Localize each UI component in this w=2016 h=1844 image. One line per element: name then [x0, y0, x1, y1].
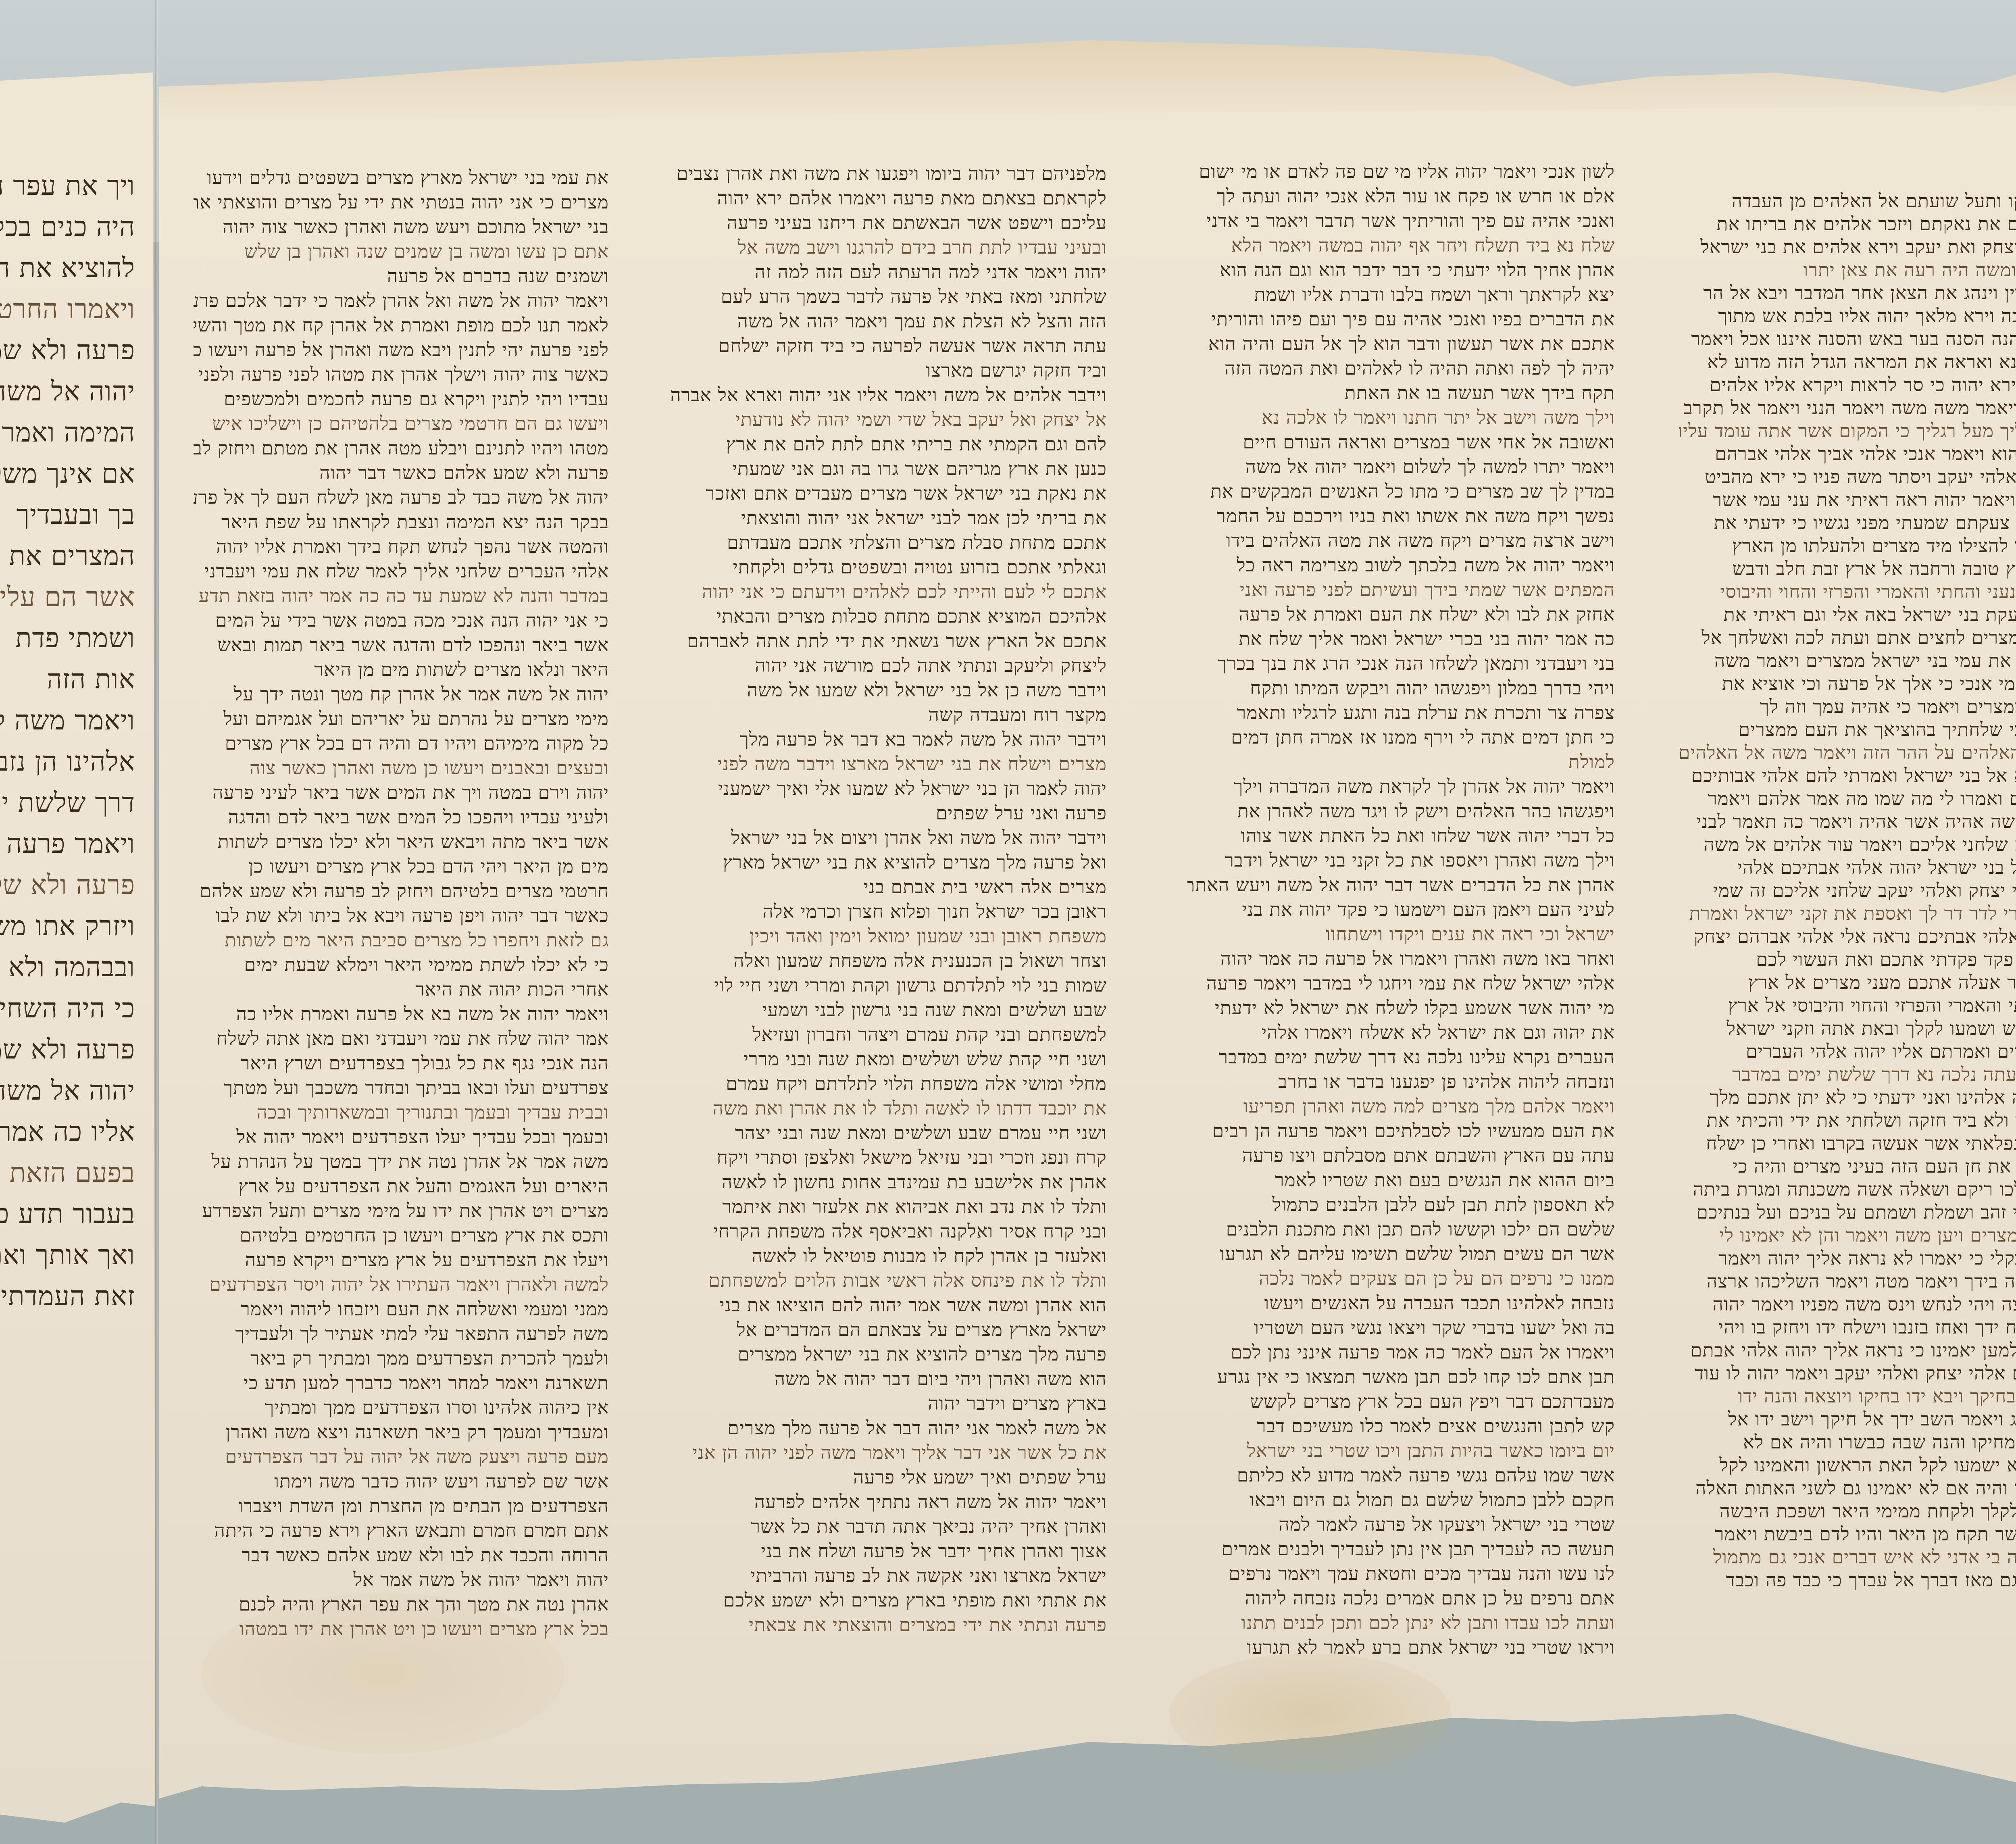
- scroll-text-line: שלשם הם ילכו וקששו להם תבן ואת מתכנת הלב…: [1187, 1217, 1615, 1242]
- scroll-text-line: אל משה שלח ידך ואחז בזנבו וישלח ידו ויחז…: [1679, 1316, 2016, 1339]
- text-column-2: את עמי בני ישראל מארץ מצרים בשפטים גדלים…: [194, 165, 609, 1641]
- scroll-text-line: משפחת ראובן ובני שמעון ימואל וימין ואהד …: [671, 924, 1107, 948]
- scroll-text-line: זבת חלב ודבש ושמעו לקלך ובאת אתה וזקני י…: [1679, 1017, 2016, 1040]
- scroll-text-line: כאשר צוה יהוה וישלך אהרן את מטהו לפני פר…: [194, 362, 609, 387]
- scroll-text-line: היאר ונלאו מצרים לשתות מים מן היאר: [194, 657, 609, 682]
- scroll-text-line: אשר שם לפרעה ויעש יהוה כדבר משה וימתו: [194, 1469, 609, 1494]
- scroll-text-line: פרעה ולא שמע אלהם כאשר דבר יהוה: [194, 460, 609, 485]
- scroll-text-line: מימי מצרים על נהרתם על יאריהם ועל אגמיהם…: [194, 706, 609, 731]
- text-column-4: לשון אנכי ויאמר יהוה אליו מי שם פה לאדם …: [1187, 159, 1615, 1660]
- scroll-text-line: וביד חזקה יגרשם מארצו: [671, 358, 1107, 383]
- scroll-text-line: מכאביו וארד להצילו מיד מצרים ולהעלתו מן …: [1679, 534, 2016, 557]
- scroll-text-line: במדבר והנה לא שמעת עד כה כה אמר יהוה בזא…: [194, 583, 609, 608]
- scroll-text-line: מתוך הסנה ויאמר משה משה ויאמר הנני ויאמר…: [1679, 396, 2016, 419]
- scroll-text-line: שלח נא ביד תשלח ויחר אף יהוה במשה ויאמר …: [1187, 233, 1615, 258]
- scroll-text-line: אל משה לאמר אני יהוה דבר אל פרעה מלך מצר…: [671, 1416, 1107, 1440]
- scroll-text-line: תלכון לא תלכו ריקם ושאלה אשה משכנתה ומגר…: [1679, 1178, 2016, 1201]
- scroll-text-line: יום ביומו כאשר בהיות התבן ויכו שטרי בני …: [1187, 1438, 1615, 1463]
- scroll-text-line: וצחר ושאול בן הכנענית אלה משפחת שמעון וא…: [671, 948, 1107, 973]
- scroll-text-line: אשר ביאר מתה ויבאש היאר ולא יכלו מצרים ל…: [194, 829, 609, 854]
- scroll-text-line: ועתה הנה צעקת בני ישראל באה אלי וגם ראית…: [1679, 603, 2016, 626]
- scroll-text-line: יהוה אל משה אמר אל אהרן קח מטך ונטה ידך …: [194, 682, 609, 706]
- scroll-text-line: ומעבדיך ומעמך רק ביאר תשארנה ויצא משה וא…: [194, 1420, 609, 1444]
- scroll-text-line: להם וגם הקמתי את בריתי אתם לתת להם את אר…: [671, 432, 1107, 456]
- scroll-text-line: למשפחתם ובני קהת עמרם ויצהר וחברון ועזיא…: [671, 1022, 1107, 1047]
- scroll-text-line: אהרן נטה את מטך והך את עפר הארץ והיה לכנ…: [194, 1592, 609, 1617]
- scroll-text-line: עתה תראה אשר אעשה לפרעה כי ביד חזקה ישלח…: [671, 333, 1107, 358]
- scroll-text-line: הכנעני והחתי והאמרי והפרזי והחוי והיבוסי…: [1679, 994, 2016, 1017]
- scroll-text-line: אליו כה אמר יה: [0, 1111, 135, 1152]
- scroll-text-line: אתכם אל הארץ אשר נשאתי את ידי לתת אתה לא…: [671, 629, 1107, 653]
- scroll-text-line: הרוחה והכבד את לבו ולא שמע אלהם כאשר דבר: [194, 1543, 609, 1567]
- scroll-text-line: קרח ונפג וזכרי ובני עזיאל מישאל ואלצפן ו…: [671, 1145, 1107, 1170]
- scroll-text-line: מצרים וישלח את בני ישראל מארצו וידבר משה…: [671, 752, 1107, 776]
- scroll-text-line: אל האלהים ויאמר יהוה ראה ראיתי את עני עמ…: [1679, 488, 2016, 511]
- scroll-text-line: שבע ושלשים ומאת שנה בני גרשון לבני ושמעי: [671, 998, 1107, 1022]
- scroll-text-line: ויעקב לאמר פקד פקדתי אתכם ואת העשוי לכם: [1679, 948, 2016, 971]
- scroll-text-line: צפרה צר ותכרת את ערלת בנה ותגע לרגליו ות…: [1187, 700, 1615, 725]
- scroll-text-line: נזבחה לאלהינו תכבד העבדה על האנשים ויעשו: [1187, 1291, 1615, 1315]
- scroll-text-line: תשארנה ויאמר למחר ויאמר כדברך למען תדע כ…: [194, 1371, 609, 1395]
- scroll-text-line: ונצלתם את מצרים ויען משה ויאמר והן לא יא…: [1679, 1224, 2016, 1247]
- scroll-text-line: יצא לקראתך וראך ושמח בלבו ודברת אליו ושמ…: [1187, 282, 1615, 307]
- scroll-text-line: ראובן בכר ישראל חנוך ופלוא חצרן וכרמי אל…: [671, 899, 1107, 924]
- scroll-text-line: אהרן אחיך הלוי ידעתי כי דבר ידבר הוא וגם…: [1187, 258, 1615, 282]
- scroll-text-line: אדמת קדש הוא ויאמר אנכי אלהי אביך אלהי א…: [1679, 442, 2016, 465]
- scroll-text-line: ויאמר יהוה אל משה בלכתך לשוב מצרימה ראה …: [1187, 553, 1615, 577]
- scroll-text-line: בארץ מצרים וידבר יהוה: [671, 1391, 1107, 1416]
- scroll-text-line: אתכם לי לעם והייתי לכם לאלהים וידעתם כי …: [671, 579, 1107, 604]
- scroll-text-line: ליצחק וליעקב ונתתי אתה לכם מורשה אני יהו…: [671, 653, 1107, 678]
- scroll-text-line: אלהם יהוה אלהי אבתיכם נראה אלי אלהי אברה…: [1679, 925, 2016, 948]
- scroll-text-line: וגאלתי אתכם בזרוע נטויה ובשפטים גדלים ול…: [671, 555, 1107, 579]
- scroll-text-line: אלהים אל משה אהיה אשר אהיה ויאמר כה תאמר…: [1679, 810, 2016, 833]
- scroll-text-line: אין כיהוה אלהינו וסרו הצפרדעים ממך ומבתי…: [194, 1395, 609, 1420]
- scroll-text-line: כל דברי יהוה אשר שלחו ואת כל האתת אשר צו…: [1187, 823, 1615, 848]
- scroll-text-line: לעלם וזה זכרי לדר דר לך ואספת את זקני יש…: [1679, 902, 2016, 925]
- scroll-text-line: והמטה אשר נהפך לנחש תקח בידך ואמרת אליו …: [194, 534, 609, 559]
- scroll-text-line: לעיני העם ויאמן העם וישמעו כי פקד יהוה א…: [1187, 897, 1615, 922]
- scroll-text-line: וילך משה וישב אל יתר חתנו ויאמר לו אלכה …: [1187, 405, 1615, 430]
- scroll-text-line: הנה אנכי בא אל בני ישראל ואמרתי להם אלהי…: [1679, 764, 2016, 787]
- scroll-text-line: למולת: [1187, 750, 1615, 774]
- scroll-text-line: אחרי הכות יהוה את היאר: [194, 977, 609, 1002]
- scroll-text-line: כה תאמר אל בני ישראל יהוה אלהי אבתיכם אל…: [1679, 856, 2016, 879]
- scroll-text-line: תעשה כה לעבדיך תבן אין נתן לעבדיך ולבנים…: [1187, 1537, 1615, 1561]
- scroll-text-line: ושמתי פדת: [0, 618, 135, 659]
- scroll-text-line: אחזק את לבו ולא ישלח את העם ואמרת אל פרע…: [1187, 602, 1615, 627]
- scroll-text-line: עבדיו ויהי לתנין ויקרא גם פרעה לחכמים ול…: [194, 387, 609, 411]
- scroll-text-line: לקראתם בצאתם מאת פרעה ויאמרו אלהם ירא יה…: [671, 186, 1107, 210]
- scroll-text-line: ויאמר משה לא נכון: [0, 700, 135, 741]
- scroll-text-line: ואשובה אל אחי אשר במצרים ואראה העודם חיי…: [1187, 430, 1615, 454]
- scroll-text-line: עליכם וישפט אשר הבאשתם את ריחנו בעיני פר…: [671, 210, 1107, 235]
- scroll-text-line: גם לזאת ויחפרו כל מצרים סביבת היאר מים ל…: [194, 928, 609, 952]
- scroll-text-line: יבער הסנה וירא יהוה כי סר לראות ויקרא אל…: [1679, 373, 2016, 396]
- scroll-text-line: ויאמר פרעה אנכי: [0, 823, 135, 865]
- scroll-text-line: כי אני יהוה הנה אנכי מכה במטה אשר בידי ע…: [194, 608, 609, 633]
- scroll-text-line: ויאמר יתרו למשה לך לשלום ויאמר יהוה אל מ…: [1187, 454, 1615, 479]
- scroll-text-line: כנען את ארץ מגריהם אשר גרו בה וגם אני שמ…: [671, 456, 1107, 481]
- scroll-text-line: נקרה עלינו ועתה נלכה נא דרך שלשת ימים במ…: [1679, 1063, 2016, 1086]
- scroll-text-line: את אתתי ואת מופתי בארץ מצרים ולא ישמע אל…: [671, 1588, 1107, 1613]
- scroll-text-line: דרך שלשת ימים: [0, 782, 135, 823]
- scroll-text-line: ושני חיי עמרם שבע ושלשים ומאת שנה ובני י…: [671, 1121, 1107, 1145]
- scroll-text-line: אתכם את אשר תעשון ודבר הוא לך אל העם והי…: [1187, 331, 1615, 356]
- scroll-text-line: וישב ארצה מצרים ויקח משה את מטה האלהים ב…: [1187, 528, 1615, 553]
- scroll-text-line: כל מקוה מימיהם ויהיו דם והיה דם בכל ארץ …: [194, 731, 609, 756]
- scroll-text-line: אלהי אברהם אלהי יצחק ואלהי יעקב ויאמר יה…: [1679, 1362, 2016, 1385]
- scroll-text-line: וישלכהו ארצה ויהי לנחש וינס משה מפניו וי…: [1679, 1293, 2016, 1316]
- text-column-3: מלפניהם דבר יהוה ביומו ויפגעו את משה ואת…: [671, 161, 1107, 1637]
- scroll-text-line: אהרן את כל הדברים אשר דבר יהוה אל משה וי…: [1187, 873, 1615, 897]
- scroll-text-line: אם אינך משלח: [0, 453, 135, 494]
- scroll-text-line: ביום ההוא את הנגשים בעם ואת שטריו לאמר: [1187, 1168, 1615, 1192]
- scroll-text-line: בבקר הנה יצא המימה ונצבת לקראתו על שפת ה…: [194, 510, 609, 534]
- scroll-text-line: משה אמר אל אהרן נטה את ידך במטך על הנהרת…: [194, 1149, 609, 1174]
- scroll-text-line: שלחני אליכם ואמרו לי מה שמו מה אמר אלהם …: [1679, 787, 2016, 810]
- scroll-text-line: חיקו ויוצאה מחיקו והנה שבה כבשרו והיה אם…: [1679, 1431, 2016, 1454]
- scroll-text-line: משה לפרעה התפאר עלי למתי אעתיר לך ולעבדי…: [194, 1321, 609, 1346]
- scroll-text-line: שלחתני ומאז באתי אל פרעה לדבר בשמך הרע ל…: [671, 284, 1107, 309]
- scroll-text-line: ויאמר אלהם מלך מצרים למה משה ואהרן תפריע…: [1187, 1094, 1615, 1119]
- scroll-text-line: ולא ישמעון לקלך ולקחת ממימי היאר ושפכת ה…: [1679, 1500, 2016, 1523]
- scroll-text-line: תקח בידך אשר תעשה בו את האתת: [1187, 381, 1615, 405]
- scroll-text-line: ישראל מארצו ואני אקשה את לב פרעה והרביתי: [671, 1563, 1107, 1588]
- text-column-5: העבדה ויזעקו ותעל שועתם אל האלהים מן העב…: [1679, 190, 2016, 1592]
- scroll-text-line: לאמר תנו לכם מופת ואמרת אל אהרן קח את מט…: [194, 313, 609, 338]
- sheet-seam-left: [154, 0, 158, 1844]
- scroll-text-line: הבא נא ידך בחיקך ויבא ידו בחיקו ויוצאה ו…: [1679, 1385, 2016, 1408]
- scroll-text-line: מטהו ויהיו לתנינם ויבלע מטה אהרן את מטתם…: [194, 436, 609, 460]
- scroll-text-line: זאת העמדתיך: [0, 1276, 135, 1317]
- scroll-text-line: כי היה השחין ב: [0, 988, 135, 1029]
- scroll-text-line: פרעה ולא שמע א: [0, 330, 135, 371]
- scroll-text-line: אברהם את יצחק ואת יעקב וירא אלהים את בני…: [1679, 235, 2016, 258]
- scroll-text-line: אלהי ישראל שלח את עמי ויחגו לי במדבר ויא…: [1187, 971, 1615, 996]
- scroll-text-line: ישראל מארץ מצרים על צבאתם הם המדברים אל: [671, 1317, 1107, 1342]
- scroll-text-line: עתה עם הארץ והשבתם אתם מסבלתם ויצו פרעה: [1187, 1143, 1615, 1168]
- scroll-text-line: ונזבחה ליהוה אלהינו ואני ידעתי כי לא יתן…: [1679, 1086, 2016, 1109]
- scroll-text-line: ואנכי אהיה עם פיך והוריתיך אשר תדבר ויאמ…: [1187, 208, 1615, 233]
- scroll-text-line: ואהרן אחיך יהיה נביאך אתה תדבר את כל אשר: [671, 1514, 1107, 1539]
- scroll-text-line: ועתה לכו עבדו ותבן לא ינתן לכם ותכן לבני…: [1187, 1611, 1615, 1635]
- scroll-text-line: את נאקת בני ישראל אשר מצרים מעבדים אתם ו…: [671, 481, 1107, 506]
- scroll-text-line: הסנה וירא והנה הסנה בער באש והסנה איננו …: [1679, 327, 2016, 350]
- scroll-text-line: וידבר יהוה אל משה ואל אהרן ויצום אל בני …: [671, 825, 1107, 850]
- scroll-text-line: ויאמר יהוה אל אהרן לך לקראת משה המדברה ו…: [1187, 774, 1615, 799]
- scroll-text-line: אשר שמו עלהם נגשי פרעה לאמר מדוע לא כלית…: [1187, 1463, 1615, 1488]
- scroll-text-line: ישראל וכי ראה את ענים ויקדו וישתחוו: [1187, 922, 1615, 946]
- scroll-text-line: המצרים את הערב: [0, 535, 135, 577]
- scroll-text-line: יהוה ויאמר אדני למה הרעתה לעם הזה למה זה: [671, 260, 1107, 284]
- scroll-text-line: יהיה לך לפה ואתה תהיה לו לאלהים ואת המטה…: [1187, 356, 1615, 381]
- scroll-text-line: אתם כן עשו ומשה בן שמנים שנה ואהרן בן של…: [194, 239, 609, 264]
- scroll-text-line: ממנו כי נרפים הם על כן הם צעקים לאמר נלכ…: [1187, 1266, 1615, 1291]
- scroll-text-line: למשה ולאהרן ויאמר העתירו אל יהוה ויסר הצ…: [194, 1272, 609, 1297]
- scroll-text-line: היה כנים בכל ארץ: [0, 206, 135, 248]
- scroll-text-line: בני ישראל ממצרים ויאמר כי אהיה עמך וזה ל…: [1679, 695, 2016, 718]
- scroll-text-line: אהרן את אלישבע בת עמינדב אחות נחשון לו ל…: [671, 1170, 1107, 1194]
- scroll-text-line: בך ובעבדיך: [0, 494, 135, 535]
- scroll-text-line: היארים ועל האגמים והעל את הצפרדעים על אר…: [194, 1174, 609, 1198]
- scroll-text-line: אל יצחק ואל יעקב באל שדי ושמי יהוה לא נו…: [671, 407, 1107, 432]
- scroll-text-line: הנה אנכי נגף את כל גבולך בצפרדעים ושרץ ה…: [194, 1051, 609, 1075]
- scroll-text-line: יהוה אל משה הש: [0, 371, 135, 412]
- scroll-text-line: ואחר באו משה ואהרן ויאמרו אל פרעה כה אמר…: [1187, 946, 1615, 971]
- scroll-text-line: מצרים ויט אהרן את ידו על מימי מצרים ותעל…: [194, 1198, 609, 1223]
- scroll-text-line: וידבר יהוה אל משה לאמר בא דבר אל פרעה מל…: [671, 727, 1107, 752]
- scroll-text-line: ואך אותך ואת: [0, 1235, 135, 1276]
- scroll-text-line: ויהי בדרך במלון ויפגשהו יהוה ויבקש המיתו…: [1187, 676, 1615, 700]
- scroll-text-line: ויראו שטרי בני ישראל אתם ברע לאמר לא תגר…: [1187, 1635, 1615, 1660]
- scroll-text-line: פרעה ולא שלח: [0, 865, 135, 906]
- scroll-text-line: הלם של נעליך מעל רגליך כי המקום אשר אתה …: [1679, 419, 2016, 442]
- scroll-text-line: יהוה אל משה כבד לב פרעה מאן לשלח העם לך …: [194, 485, 609, 510]
- scroll-text-line: אצוך ואהרן אחיך ידבר אל פרעה ושלח את בני: [671, 1539, 1107, 1563]
- scroll-text-line: מצרעת כשלג ויאמר השב ידך אל חיקך וישב יד…: [1679, 1408, 2016, 1431]
- scroll-text-line: מצרים כי אני יהוה בנטתי את ידי על מצרים …: [194, 190, 609, 215]
- parchment-stain: [1169, 1653, 1452, 1774]
- scroll-text-line: ממני ומעמי ואשלחה את העם ויזבחו ליהוה וי…: [194, 1297, 609, 1321]
- scroll-text-line: ותכס את ארץ מצרים ויעשו כן החרטמים בלטיה…: [194, 1223, 609, 1248]
- scroll-text-line: חתנו כהן מדין וינהג את הצאן אחר המדבר וי…: [1679, 281, 2016, 304]
- scroll-text-line: אל האלהים מי אנכי כי אלך אל פרעה וכי אוצ…: [1679, 672, 2016, 695]
- scroll-text-line: יהוה אל משה ה: [0, 1070, 135, 1111]
- scroll-text-line: חרטמי מצרים בלטיהם ויחזק לב פרעה ולא שמע…: [194, 879, 609, 903]
- scroll-text-line: אשר ביאר ונהפכו לדם והדגה אשר ביאר תמות …: [194, 633, 609, 657]
- scroll-text-line: האות כי אנכי שלחתיך בהוציאך את העם ממצרי…: [1679, 718, 2016, 741]
- scroll-text-line: ובבהמה ולא יכ: [0, 947, 135, 988]
- scroll-text-line: ויאמר יהוה אל משה ואל אהרן לאמר כי ידבר …: [194, 288, 609, 313]
- scroll-text-line: תבן אתם לכו קחו לכם תבן מאשר תמצאו כי אי…: [1187, 1365, 1615, 1389]
- scroll-text-line: כלי כסף וכלי זהב ושמלת ושמתם על בניכם וע…: [1679, 1201, 2016, 1224]
- scroll-text-line: מצרים אלה ראשי בית אבתם בני: [671, 875, 1107, 899]
- scroll-text-line: ובבית עבדיך ובעמך ובתנוריך ובמשארותיך וב…: [194, 1100, 609, 1125]
- scroll-text-line: אליו יהוה מזה בידך ויאמר מטה ויאמר השליכ…: [1679, 1270, 2016, 1293]
- scroll-text-line: את כל אשר אני דבר אליך ויאמר משה לפני יה…: [671, 1440, 1107, 1465]
- scroll-text-line: אתם חמרם חמרם ותבאש הארץ וירא פרעה כי הי…: [194, 1518, 609, 1543]
- scroll-text-line: הוא משה ואהרן ויהי ביום דבר יהוה אל משה: [671, 1367, 1107, 1391]
- scroll-text-line: האלהים חרבה וירא מלאך יהוה אליו בלבת אש …: [1679, 304, 2016, 327]
- scroll-text-line: בני ישראל מתוכם ויעש משה ואהרן כאשר צוה …: [194, 215, 609, 239]
- scroll-text-line: וידבר משה כן אל בני ישראל ולא שמעו אל מש…: [671, 678, 1107, 702]
- scroll-text-line: מעם פרעה ויצעק משה אל יהוה על דבר הצפרדע…: [194, 1444, 609, 1469]
- scroll-text-line: במדין לך שב מצרים כי מתו כל האנשים המבקש…: [1187, 479, 1615, 504]
- scroll-text-line: משה אסרה נא ואראה את המראה הגדל הזה מדוע…: [1679, 350, 2016, 373]
- scroll-text-line: יהוה לאמר הן בני ישראל לא שמעו אלי ואיך …: [671, 776, 1107, 801]
- scroll-text-line: מעבדתכם דבר ויפץ העם בכל ארץ מצרים לקשש: [1187, 1389, 1615, 1414]
- scroll-text-line: אברהם אלהי יצחק ואלהי יעקב שלחני אליכם ז…: [1679, 879, 2016, 902]
- scroll-text-line: כה אמר יהוה בני בכרי ישראל ואמר אליך שלח…: [1187, 627, 1615, 651]
- scroll-text-line: בני ויעבדני ותמאן לשלחו הנה אנכי הרג את …: [1187, 651, 1615, 676]
- scroll-text-line: אות הזה: [0, 659, 135, 700]
- scroll-text-line: יהוה וירם במטה ויך את המים אשר ביאר לעינ…: [194, 780, 609, 805]
- scroll-text-line: לנו עשו והנה עבדיך מכים וחטאת עמך ויאמר …: [1187, 1561, 1615, 1586]
- scroll-text-line: בעבור תדע כי: [0, 1194, 135, 1235]
- scroll-text-line: ותלד לו את פינחס אלה ראשי אבות הלוים למש…: [671, 1268, 1107, 1293]
- scroll-text-line: את העם ממעשיו לכו לסבלתיכם ויאמר פרעה הן…: [1187, 1119, 1615, 1143]
- scroll-text-line: אל מקום הכנעני והחתי והאמרי והפרזי והחוי…: [1679, 580, 2016, 603]
- scroll-text-line: יהוה ויאמר יהוה אל משה אמר אל: [194, 1567, 609, 1592]
- scroll-text-line: והיו המים אשר תקח מן היאר והיו לדם ביבשת…: [1679, 1523, 2016, 1546]
- scroll-text-line: ושמנים שנה בדברם אל פרעה: [194, 264, 609, 288]
- scroll-text-line: ויזרק אתו משה: [0, 906, 135, 947]
- scroll-text-line: למטה בכפו למען יאמינו כי נראה אליך יהוה …: [1679, 1339, 2016, 1362]
- scroll-text-line: פרעה מלך מצרים להוציא את בני ישראל ממצרי…: [671, 1342, 1107, 1367]
- scroll-text-line: להוציא את הכנים: [0, 248, 135, 289]
- scroll-text-line: חקכם ללבן כתמול שלשם גם תמול גם היום ויב…: [1187, 1488, 1615, 1512]
- scroll-text-line: הוא אהרן ומשה אשר אמר יהוה להם הוציאו את…: [671, 1293, 1107, 1317]
- scroll-text-line: נפשך ויקח משה את אשתו ואת בניו וירכבם על…: [1187, 504, 1615, 528]
- scroll-text-line: ויאמרו החרטמים: [0, 289, 135, 330]
- scroll-text-line: האת האחרון והיה אם לא יאמינו גם לשני האת…: [1679, 1477, 2016, 1500]
- scroll-text-line: פרעה ולא שמע: [0, 1029, 135, 1070]
- scroll-text-line: כאשר דבר יהוה ויפן פרעה ויבא אל ביתו ולא…: [194, 903, 609, 928]
- scroll-text-line: ובני קרח אסיר ואלקנה ואביאסף אלה משפחת ה…: [671, 1219, 1107, 1244]
- scroll-text-line: מצרים להלך ולא ביד חזקה ושלחתי את ידי וה…: [1679, 1109, 2016, 1132]
- scroll-text-line: ולעיני עבדיו ויהפכו כל המים אשר ביאר לדם…: [194, 805, 609, 829]
- scroll-text-line: אלהי יצחק ואלהי יעקב ויסתר משה פניו כי י…: [1679, 465, 2016, 488]
- scroll-text-line: המפתים אשר שמתי בידך ועשיתם לפני פרעה וא…: [1187, 577, 1615, 602]
- scroll-text-line: משה אל יהוה בי אדני לא איש דברים אנכי גם…: [1679, 1546, 2016, 1569]
- scroll-text-line: הזה והצל לא הצלת את עמך ויאמר יהוה אל מש…: [671, 309, 1107, 333]
- scroll-text-line: הלחץ אשר מצרים לחצים אתם ועתה לכה ואשלחך…: [1679, 626, 2016, 649]
- scroll-text-line: לשון אנכי ויאמר יהוה אליו מי שם פה לאדם …: [1187, 159, 1615, 184]
- scroll-text-line: ואלעזר בן אהרן לקח לו מבנות פוטיאל לו לא…: [671, 1244, 1107, 1268]
- scroll-text-line: את יהוה וגם את ישראל לא אשלח ויאמרו אלהי: [1187, 1020, 1615, 1045]
- scroll-text-line: פרעה ואני ערל שפתים: [671, 801, 1107, 825]
- scroll-text-line: העבדה ויזעקו ותעל שועתם אל האלהים מן העב…: [1679, 190, 2016, 213]
- scroll-text-line: וידבר אלהים אל משה ויאמר אליו אני יהוה ו…: [671, 383, 1107, 407]
- scroll-text-line: אתכם ונתתי את חן העם הזה בעיני מצרים והי…: [1679, 1155, 2016, 1178]
- scroll-text-line: תעבדון את האלהים על ההר הזה ויאמר משה אל…: [1679, 741, 2016, 764]
- scroll-text-line: ערל שפתים ואיך ישמע אלי פרעה: [671, 1465, 1107, 1490]
- scroll-text-line: יאמינו לך ולא ישמעו לקל האת הראשון והאמי…: [1679, 1454, 2016, 1477]
- scroll-text-line: ובעצים ובאבנים ויעשו כן משה ואהרן כאשר צ…: [194, 756, 609, 780]
- scroll-text-line: כי לא יכלו לשתת ממימי היאר וימלא שבעת ימ…: [194, 952, 609, 977]
- scroll-text-line: גם משלשם גם מאז דברך אל עבדך כי כבד פה ו…: [1679, 1569, 2016, 1592]
- scroll-text-line: וילך משה ואהרן ויאספו את כל זקני בני ישר…: [1187, 848, 1615, 873]
- scroll-text-line: ויעשו גם הם חרטמי מצרים בלהטיהם כן וישלי…: [194, 411, 609, 436]
- scroll-text-line: לפני פרעה יהי לתנין ויבא משה ואהרן אל פר…: [194, 338, 609, 362]
- scroll-text-line: פרעה ונתתי את ידי במצרים והוצאתי את צבאת…: [671, 1613, 1107, 1637]
- scroll-text-line: אל מלך מצרים ואמרתם אליו יהוה אלהי העברי…: [1679, 1040, 2016, 1063]
- scroll-text-line: וישמע אלהים את נאקתם ויזכר אלהים את ברית…: [1679, 213, 2016, 235]
- scroll-text-line: ההוא אל ארץ טובה ורחבה אל ארץ זבת חלב וד…: [1679, 557, 2016, 580]
- scroll-text-line: את יוכבד דדתו לו לאשה ותלד לו את אהרן וא…: [671, 1096, 1107, 1121]
- scroll-text-line: ויאמר יהוה אל משה בא אל פרעה ואמרת אליו …: [194, 1002, 609, 1026]
- scroll-text-line: את בריתי לכן אמר לבני ישראל אני יהוה והו…: [671, 506, 1107, 530]
- scroll-text-line: מצרים בכל נפלאתי אשר אעשה בקרבו ואחרי כן…: [1679, 1132, 2016, 1155]
- scroll-text-line: פרעה והוצא את עמי בני ישראל ממצרים ויאמר…: [1679, 649, 2016, 672]
- scroll-text-line: לא תאספון לתת תבן לעם ללבן הלבנים כתמול: [1187, 1192, 1615, 1217]
- scroll-text-line: צפרדעים ועלו ובאו בביתך ובחדר משכבך ועל …: [194, 1075, 609, 1100]
- scroll-text-line: ולא ישמעו בקלי כי יאמרו לא נראה אליך יהו…: [1679, 1247, 2016, 1270]
- scroll-text-line: מים מן היאר ויהי הדם בכל ארץ מצרים ויעשו…: [194, 854, 609, 879]
- scroll-text-line: וידע אלהים ומשה היה רעה את צאן יתרו: [1679, 258, 2016, 281]
- scroll-text-line: קש לתבן והנגשים אצים לאמר כלו מעשיכם דבר: [1187, 1414, 1615, 1438]
- scroll-text-line: אלם או חרש או פקח או עור הלא אנכי יהוה ו…: [1187, 184, 1615, 208]
- text-column-left-partial: ויך את עפר הארץהיה כנים בכל ארץלהוציא את…: [0, 165, 135, 1317]
- scroll-text-line: ויך את עפר הארץ: [0, 165, 135, 206]
- scroll-text-line: ונזבחה ליהוה אלהינו פן יפגענו בדבר או בח…: [1187, 1069, 1615, 1094]
- scroll-text-line: שטרי בני ישראל ויצעקו אל פרעה לאמר למה: [1187, 1512, 1615, 1537]
- scroll-text-line: אתם נרפים על כן אתם אמרים נלכה נזבחה ליה…: [1187, 1586, 1615, 1611]
- scroll-text-line: ותלד לו את נדב ואת אביהוא את אלעזר ואת א…: [671, 1194, 1107, 1219]
- scroll-text-line: מי יהוה אשר אשמע בקלו לשלח את ישראל לא י…: [1187, 996, 1615, 1020]
- scroll-text-line: אשר הם עשים תמול שלשם תשימו עליהם לא תגר…: [1187, 1242, 1615, 1266]
- scroll-text-line: ולעמך להכרית הצפרדעים ממך ומבתיך רק ביאר: [194, 1346, 609, 1371]
- scroll-text-line: העברים נקרא עלינו נלכה נא דרך שלשת ימים …: [1187, 1045, 1615, 1069]
- scroll-text-line: מלפניהם דבר יהוה ביומו ויפגעו את משה ואת…: [671, 161, 1107, 186]
- scroll-text-line: אלהינו הן נזבח: [0, 741, 135, 782]
- scroll-text-line: ובעיני עבדיו לתת חרב בידם להרגנו וישב מש…: [671, 235, 1107, 260]
- scroll-text-line: את הדברים בפיו ואנכי אהיה עם פיך ועם פיה…: [1187, 307, 1615, 331]
- scroll-text-line: מקצר רוח ומעבדה קשה: [671, 702, 1107, 727]
- scroll-text-line: ישראל אהיה שלחני אליכם ויאמר עוד אלהים א…: [1679, 833, 2016, 856]
- scroll-text-line: אמר יהוה שלח את עמי ויעבדני ואם מאן אתה …: [194, 1026, 609, 1051]
- scroll-text-line: אתכם מתחת סבלת מצרים והצלתי אתכם מעבדתם: [671, 530, 1107, 555]
- scroll-text-line: הצפרדעים מן הבתים מן החצרת ומן השדת ויצב…: [194, 1494, 609, 1518]
- scroll-text-line: מחלי ומושי אלה משפחת הלוי לתלדתם ויקח עמ…: [671, 1071, 1107, 1096]
- scroll-text-line: בפעם הזאת אני: [0, 1152, 135, 1194]
- scroll-text-line: שמות בני לוי לתלדתם גרשון וקהת ומררי ושנ…: [671, 973, 1107, 998]
- scroll-text-line: אשר הם עליה: [0, 577, 135, 618]
- scroll-text-line: בכל ארץ מצרים ויעשו כן ויט אהרן את ידו ב…: [194, 1617, 609, 1641]
- scroll-text-line: בה ואל ישעו בדברי שקר ויצאו נגשי העם ושט…: [1187, 1315, 1615, 1340]
- scroll-text-line: ובעמך ובכל עבדיך יעלו הצפרדעים ויאמר יהו…: [194, 1125, 609, 1149]
- scroll-text-line: ויאמרו אל העם לאמר כה אמר פרעה אינני נתן…: [1187, 1340, 1615, 1365]
- scroll-text-line: ושני חיי קהת שלש ושלשים ומאת שנה ובני מר…: [671, 1047, 1107, 1071]
- scroll-text-line: ויפגשהו בהר האלהים וישק לו ויגד משה לאהר…: [1187, 799, 1615, 823]
- scroll-text-line: כי חתן דמים אתה לי וירף ממנו אז אמרה חתן…: [1187, 725, 1615, 750]
- scroll-text-line: במצרים ואמר אעלה אתכם מעני מצרים אל ארץ: [1679, 971, 2016, 994]
- scroll-text-line: אלהי העברים שלחני אליך לאמר שלח את עמי ו…: [194, 559, 609, 583]
- scroll-text-line: את עמי בני ישראל מארץ מצרים בשפטים גדלים…: [194, 165, 609, 190]
- scroll-text-line: ואל פרעה מלך מצרים להוציא את בני ישראל מ…: [671, 850, 1107, 875]
- scroll-text-line: ויעלו את הצפרדעים על ארץ מצרים ויקרא פרע…: [194, 1248, 609, 1272]
- scroll-text-line: במצרים ואת צעקתם שמעתי מפני נגשיו כי ידע…: [1679, 511, 2016, 534]
- scroll-text-line: אלהיכם המוציא אתכם מתחת סבלות מצרים והבא…: [671, 604, 1107, 629]
- scroll-text-line: ויאמר יהוה אל משה ראה נתתיך אלהים לפרעה: [671, 1490, 1107, 1514]
- scroll-text-line: המימה ואמרת: [0, 412, 135, 453]
